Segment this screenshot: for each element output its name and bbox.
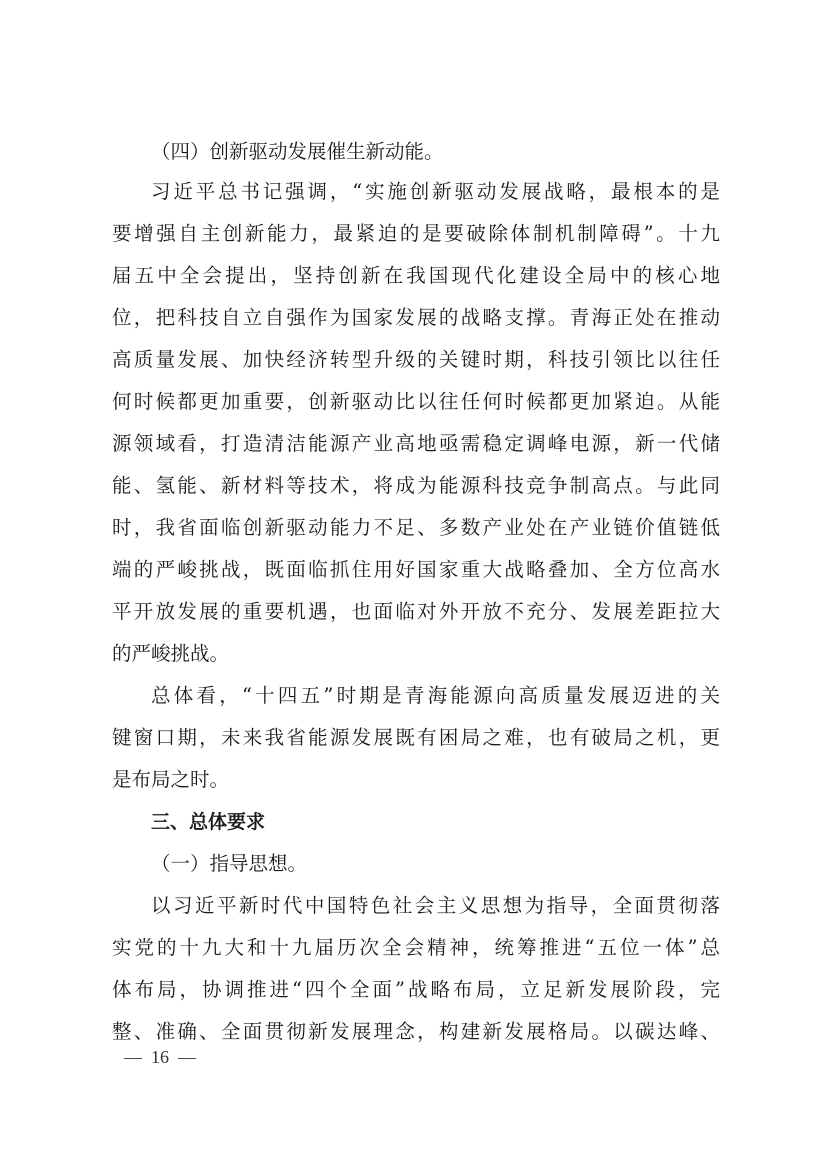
text-line: 端的严峻挑战，既面临抓住用好国家重大战略叠加、全方位高水: [112, 558, 720, 582]
text-line: 能、氢能、新材料等技术，将成为能源科技竞争制高点。与此同: [112, 474, 720, 498]
text-line: 键窗口期，未来我省能源发展既有困局之难，也有破局之机，更: [112, 726, 720, 750]
subsection-heading: （四）创新驱动发展催生新动能。: [151, 140, 444, 164]
text-line: 习近平总书记强调，“实施创新驱动发展战略，最根本的是: [151, 180, 720, 204]
text-line: 是布局之时。: [112, 768, 229, 792]
text-line: 要增强自主创新能力，最紧迫的是要破除体制机制障碍”。十九: [112, 222, 720, 246]
text-line: 整、准确、全面贯彻新发展理念，构建新发展格局。以碳达峰、: [112, 1020, 720, 1044]
text-line: 体布局，协调推进“四个全面”战略布局，立足新发展阶段，完: [112, 978, 720, 1002]
text-line: 总体看，“十四五”时期是青海能源向高质量发展迈进的关: [151, 684, 720, 708]
text-line: 平开放发展的重要机遇，也面临对外开放不充分、发展差距拉大: [112, 600, 720, 624]
text-line: 位，把科技自立自强作为国家发展的战略支撑。青海正处在推动: [112, 306, 720, 330]
text-line: 时，我省面临创新驱动能力不足、多数产业处在产业链价值链低: [112, 516, 720, 540]
section-heading: 三、总体要求: [151, 810, 265, 834]
text-line: 届五中全会提出，坚持创新在我国现代化建设全局中的核心地: [112, 264, 720, 288]
page-number: — 16 —: [124, 1047, 196, 1068]
text-line: 高质量发展、加快经济转型升级的关键时期，科技引领比以往任: [112, 348, 720, 372]
text-line: 以习近平新时代中国特色社会主义思想为指导，全面贯彻落: [151, 894, 720, 918]
text-line: 实党的十九大和十九届历次全会精神，统筹推进“五位一体”总: [112, 936, 720, 960]
text-line: 源领域看，打造清洁能源产业高地亟需稳定调峰电源，新一代储: [112, 432, 720, 456]
subsection-heading: （一）指导思想。: [151, 852, 307, 876]
text-line: 何时候都更加重要，创新驱动比以往任何时候都更加紧迫。从能: [112, 390, 720, 414]
document-page: （四）创新驱动发展催生新动能。习近平总书记强调，“实施创新驱动发展战略，最根本的…: [0, 0, 826, 1169]
text-line: 的严峻挑战。: [112, 642, 229, 666]
